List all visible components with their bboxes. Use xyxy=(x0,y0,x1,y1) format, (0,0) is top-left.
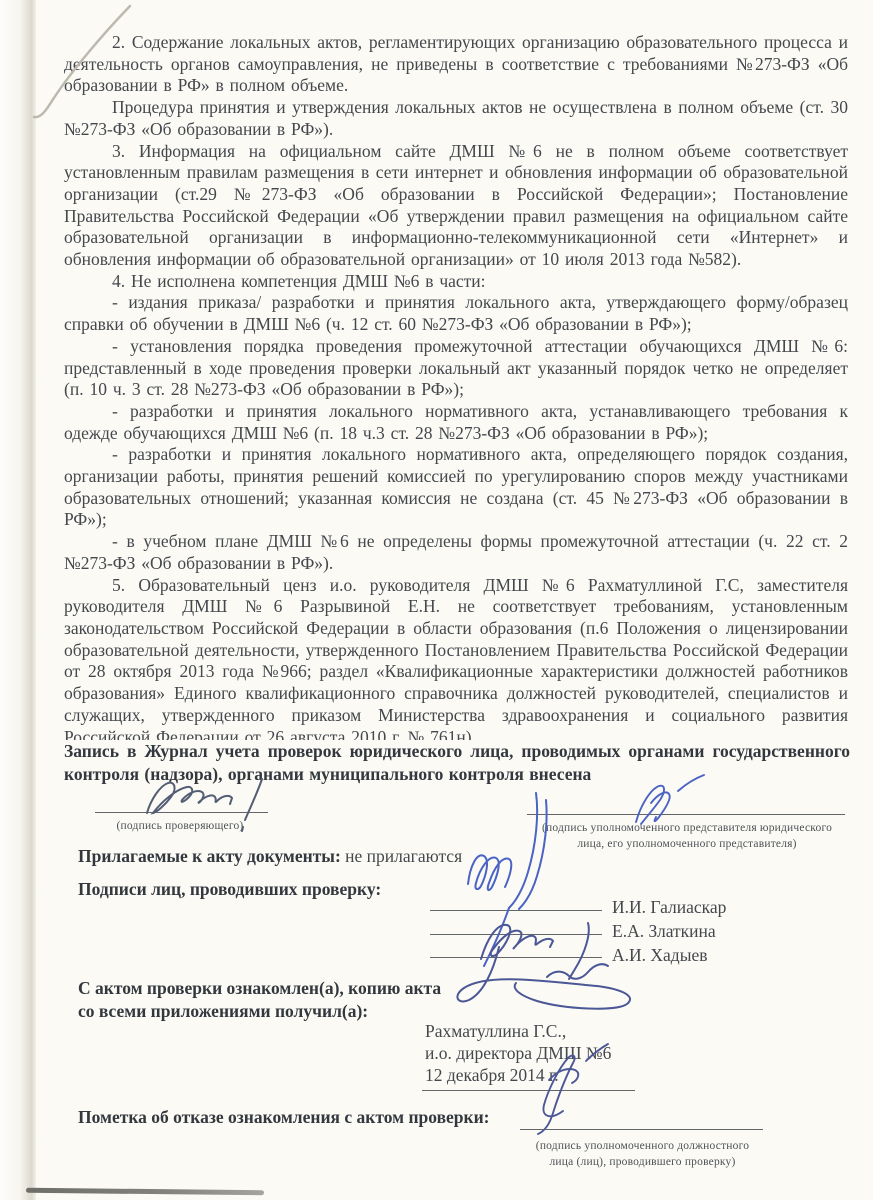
recipient-name: Рахматуллина Г.С., xyxy=(425,1020,566,1042)
paragraph: 3. Информация на официальном сайте ДМШ №… xyxy=(64,141,848,271)
inspector-name: И.И. Галиаскар xyxy=(612,896,726,918)
recipient-signature-line xyxy=(422,1090,635,1091)
inspectors-signatures-heading: Подписи лиц, проводивших проверку: xyxy=(78,878,381,900)
inspector2-signature-line xyxy=(430,934,602,935)
document-page: 2. Содержание локальных актов, регламент… xyxy=(0,0,873,1200)
attached-docs-row: Прилагаемые к акту документы: не прилага… xyxy=(78,845,462,867)
inspector1-signature-line xyxy=(430,910,602,911)
paragraph: Процедура принятия и утверждения локальн… xyxy=(64,97,848,140)
paragraph: 5. Образовательный ценз и.о. руководител… xyxy=(64,575,848,740)
inspector-signature-line xyxy=(95,812,268,813)
inspector-signature-caption: (подпись проверяющего) xyxy=(96,818,264,834)
acquainted-note-line2: со всеми приложениями получил(а): xyxy=(78,1000,368,1022)
inspector-name: А.И. Хадыев xyxy=(612,944,708,966)
representative-signature-line xyxy=(527,814,845,815)
body-text: 2. Содержание локальных актов, регламент… xyxy=(64,32,848,740)
scan-bottom-line-artifact xyxy=(26,1188,264,1195)
recipient-date: 12 декабря 2014 г. xyxy=(425,1064,559,1086)
paragraph: - установления порядка проведения промеж… xyxy=(64,336,848,401)
attached-docs-value: не прилагаются xyxy=(345,846,462,866)
paragraph: - разработки и принятия локального норма… xyxy=(64,401,848,444)
paragraph: 2. Содержание локальных актов, регламент… xyxy=(64,32,848,97)
inspector3-signature-line xyxy=(430,957,602,958)
inspector-name: Е.А. Златкина xyxy=(612,920,716,942)
refusal-caption-line1: (подпись уполномоченного должностного xyxy=(505,1138,780,1154)
refusal-caption-line2: лица (лиц), проводившего проверку) xyxy=(505,1154,780,1170)
representative-caption-line1: (подпись уполномоченного представителя ю… xyxy=(522,820,852,836)
acquainted-note-line1: С актом проверки ознакомлен(а), копию ак… xyxy=(78,977,441,999)
paragraph: 4. Не исполнена компетенция ДМШ №6 в час… xyxy=(64,271,848,293)
paragraph: - разработки и принятия локального норма… xyxy=(64,444,848,531)
paragraph: - в учебном плане ДМШ №6 не определены ф… xyxy=(64,531,848,574)
journal-entry-note: Запись в Журнал учета проверок юридическ… xyxy=(64,740,850,786)
refusal-signature-caption: (подпись уполномоченного должностного ли… xyxy=(505,1138,780,1170)
paragraph: - издания приказа/ разработки и принятия… xyxy=(64,292,848,335)
refusal-note: Пометка об отказе ознакомления с актом п… xyxy=(78,1106,490,1128)
attached-docs-label: Прилагаемые к акту документы: xyxy=(78,846,341,866)
scan-edge-shadow xyxy=(0,0,36,1200)
recipient-title: и.о. директора ДМШ №6 xyxy=(425,1042,611,1064)
inspectors-ink-signatures xyxy=(457,923,630,1009)
representative-signature-caption: (подпись уполномоченного представителя ю… xyxy=(522,820,852,852)
representative-caption-line2: лица, его уполномоченного представителя) xyxy=(522,836,852,852)
refusal-signature-line xyxy=(520,1129,763,1130)
large-ink-flourish xyxy=(468,793,547,966)
